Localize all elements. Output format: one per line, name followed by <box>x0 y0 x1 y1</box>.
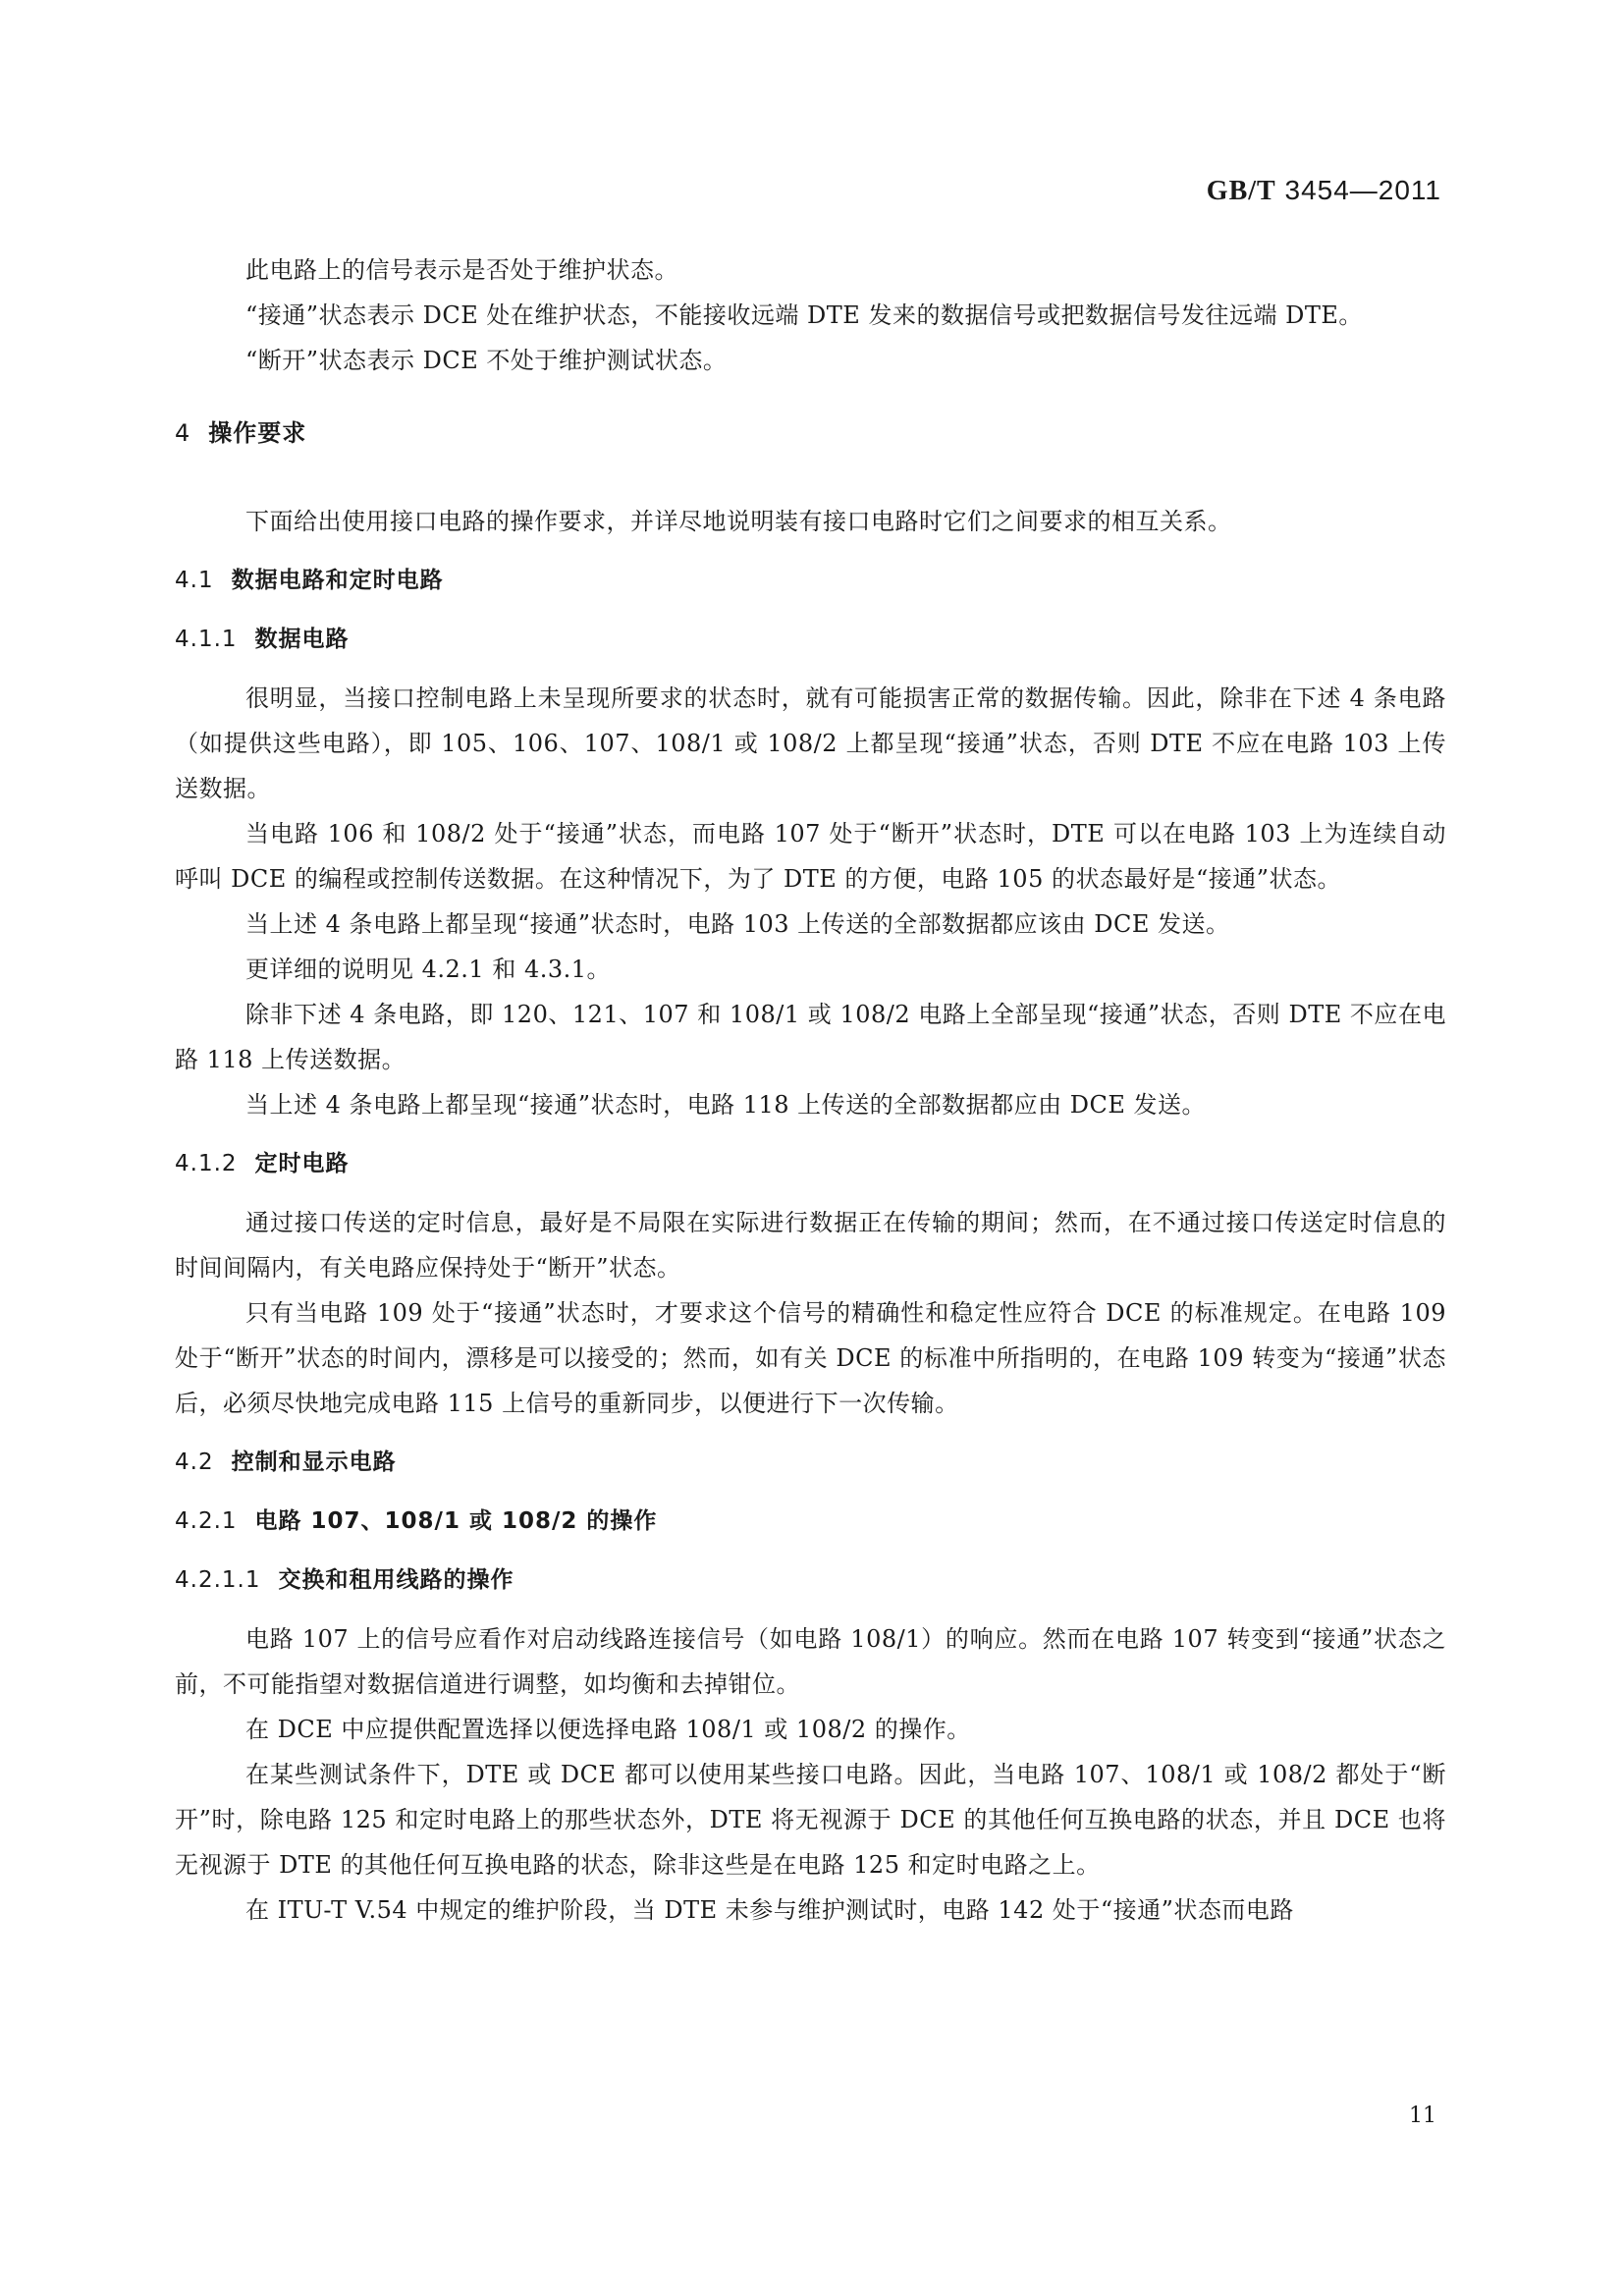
paragraph: “接通”状态表示 DCE 处在维护状态，不能接收远端 DTE 发来的数据信号或把… <box>175 293 1446 338</box>
paragraph: 当上述 4 条电路上都呈现“接通”状态时，电路 118 上传送的全部数据都应由 … <box>175 1082 1446 1127</box>
paragraph: 在某些测试条件下，DTE 或 DCE 都可以使用某些接口电路。因此，当电路 10… <box>175 1752 1446 1887</box>
paragraph: 只有当电路 109 处于“接通”状态时，才要求这个信号的精确性和稳定性应符合 D… <box>175 1290 1446 1426</box>
paragraph: 除非下述 4 条电路，即 120、121、107 和 108/1 或 108/2… <box>175 992 1446 1082</box>
standard-code: GB/T 3454—2011 <box>1207 175 1441 207</box>
paragraph: 电路 107 上的信号应看作对启动线路连接信号（如电路 108/1）的响应。然而… <box>175 1616 1446 1707</box>
section-title: 控制和显示电路 <box>232 1449 397 1475</box>
page-number: 11 <box>1409 2104 1436 2128</box>
section-number: 4.2.1 <box>175 1499 238 1544</box>
paragraph: 在 ITU-T V.54 中规定的维护阶段，当 DTE 未参与维护测试时，电路 … <box>175 1887 1446 1933</box>
paragraph: 通过接口传送的定时信息，最好是不局限在实际进行数据正在传输的期间；然而，在不通过… <box>175 1200 1446 1290</box>
paragraph: 当上述 4 条电路上都呈现“接通”状态时，电路 103 上传送的全部数据都应该由… <box>175 902 1446 947</box>
paragraph: 下面给出使用接口电路的操作要求，并详尽地说明装有接口电路时它们之间要求的相互关系… <box>175 499 1446 544</box>
section-title: 电路 107、108/1 或 108/2 的操作 <box>255 1508 658 1534</box>
section-number: 4 <box>175 410 190 456</box>
document-page: GB/T 3454—2011 此电路上的信号表示是否处于维护状态。 “接通”状态… <box>0 0 1623 2296</box>
section-title: 数据电路 <box>255 627 350 652</box>
section-heading-4-1: 4.1数据电路和定时电路 <box>175 558 1446 603</box>
section-number: 4.1.1 <box>175 617 238 662</box>
section-title: 数据电路和定时电路 <box>232 568 444 593</box>
section-number: 4.1.2 <box>175 1141 238 1186</box>
section-number: 4.2 <box>175 1440 214 1485</box>
section-title: 交换和租用线路的操作 <box>278 1567 514 1593</box>
section-title: 定时电路 <box>255 1151 350 1176</box>
paragraph: 很明显，当接口控制电路上未呈现所要求的状态时，就有可能损害正常的数据传输。因此，… <box>175 676 1446 811</box>
standard-prefix: GB/T <box>1207 176 1276 206</box>
standard-number: 3454—2011 <box>1285 175 1442 205</box>
paragraph: 此电路上的信号表示是否处于维护状态。 <box>175 247 1446 293</box>
section-heading-4-2: 4.2控制和显示电路 <box>175 1440 1446 1485</box>
section-number: 4.2.1.1 <box>175 1558 260 1603</box>
body-content: 此电路上的信号表示是否处于维护状态。 “接通”状态表示 DCE 处在维护状态，不… <box>175 247 1446 1933</box>
section-heading-4-1-2: 4.1.2定时电路 <box>175 1141 1446 1186</box>
section-heading-4-2-1-1: 4.2.1.1交换和租用线路的操作 <box>175 1558 1446 1603</box>
section-title: 操作要求 <box>208 419 306 447</box>
paragraph: 更详细的说明见 4.2.1 和 4.3.1。 <box>175 947 1446 992</box>
paragraph: 在 DCE 中应提供配置选择以便选择电路 108/1 或 108/2 的操作。 <box>175 1707 1446 1752</box>
section-heading-4: 4操作要求 <box>175 410 1446 456</box>
section-heading-4-2-1: 4.2.1电路 107、108/1 或 108/2 的操作 <box>175 1499 1446 1544</box>
section-number: 4.1 <box>175 558 214 603</box>
paragraph: 当电路 106 和 108/2 处于“接通”状态，而电路 107 处于“断开”状… <box>175 811 1446 902</box>
section-heading-4-1-1: 4.1.1数据电路 <box>175 617 1446 662</box>
paragraph: “断开”状态表示 DCE 不处于维护测试状态。 <box>175 338 1446 383</box>
